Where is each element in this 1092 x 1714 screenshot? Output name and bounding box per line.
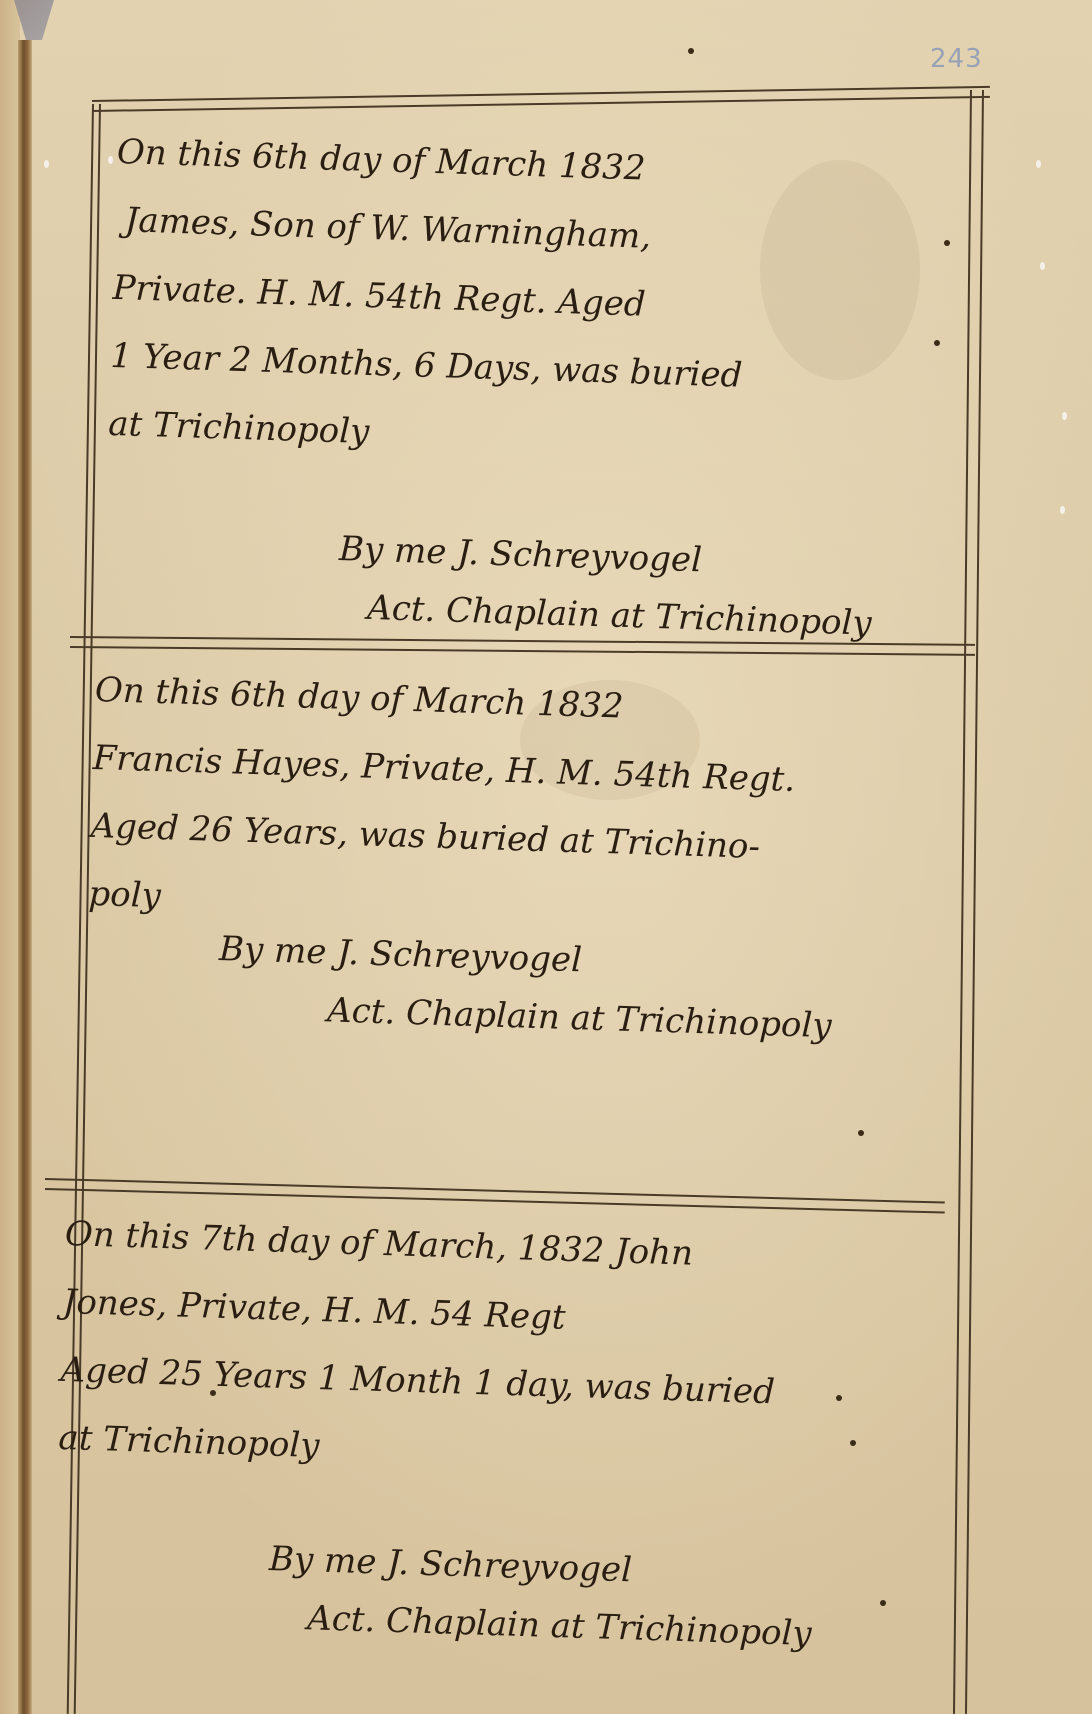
facing-page-edge: [0, 0, 20, 1714]
burial-entry-3: On this 7th day of March, 1832 John Jone…: [57, 1200, 780, 1494]
pin-hole: [44, 160, 49, 168]
entry-1-signature: By me J. Schreyvogel Act. Chaplain at Tr…: [336, 520, 874, 653]
ink-dot: [880, 1600, 886, 1606]
ink-dot: [944, 240, 950, 246]
pin-hole: [1040, 262, 1045, 270]
ink-dot: [836, 1395, 842, 1401]
paper-stain: [760, 160, 920, 380]
ink-dot: [934, 340, 940, 346]
burial-entry-1: On this 6th day of March 1832 James, Son…: [107, 118, 750, 478]
ink-dot: [688, 48, 694, 54]
ink-dot: [850, 1440, 856, 1446]
burial-entry-2: On this 6th day of March 1832 Francis Ha…: [87, 656, 798, 950]
ink-dot: [210, 1390, 216, 1396]
pin-hole: [1062, 412, 1067, 420]
ink-dot: [858, 1130, 864, 1136]
page-corner: [14, 0, 54, 40]
register-page: 243 On this 6th day of March 1832 James,…: [0, 0, 1092, 1714]
entry-2-signature: By me J. Schreyvogel Act. Chaplain at Tr…: [216, 920, 834, 1055]
pin-hole: [108, 156, 113, 164]
pin-hole: [1036, 160, 1041, 168]
book-gutter: [18, 40, 32, 1714]
entry-3-signature: By me J. Schreyvogel Act. Chaplain at Tr…: [266, 1530, 814, 1663]
pin-hole: [1060, 506, 1065, 514]
page-number: 243: [930, 44, 983, 74]
